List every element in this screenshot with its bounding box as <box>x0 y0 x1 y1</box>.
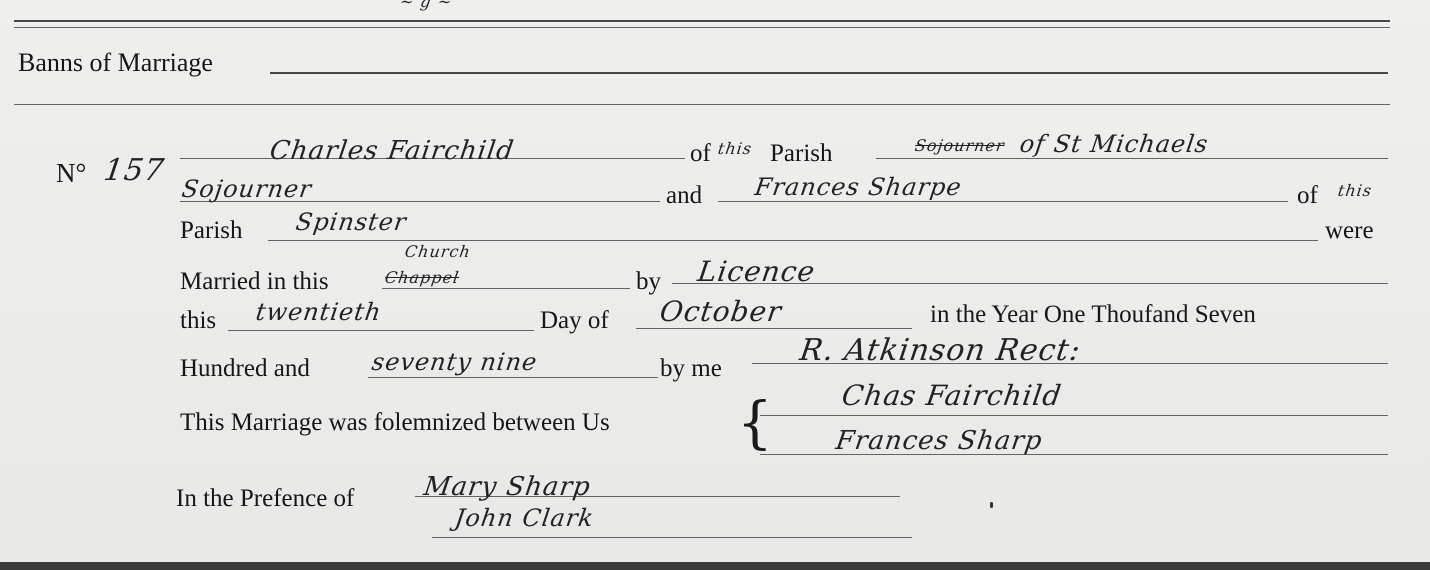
groom-name: Charles Fairchild <box>268 138 516 164</box>
top-remnant-handwriting: ~ g ~ <box>399 0 453 10</box>
printed-and: and <box>666 183 702 208</box>
top-rule-2 <box>14 27 1390 28</box>
register-page: ~ g ~ Banns of Marriage N° 157 Charles F… <box>0 0 1430 570</box>
printed-were: were <box>1325 218 1374 243</box>
by-method-rule <box>672 283 1388 284</box>
groom-name-rule <box>180 158 685 159</box>
signature-groom-rule <box>760 415 1388 416</box>
printed-parish: Parish <box>770 141 833 166</box>
witness-1-rule <box>415 496 900 497</box>
signature-groom: Chas Fairchild <box>840 382 1063 410</box>
signature-bride: Frances Sharp <box>834 428 1044 454</box>
banns-label: Banns of Marriage <box>18 50 213 76</box>
day: twentieth <box>254 300 383 324</box>
place-struck: Chappel <box>384 270 460 286</box>
printed-hundred-and: Hundred and <box>180 356 310 381</box>
witness-2: John Clark <box>453 506 595 530</box>
signature-bride-rule <box>760 454 1388 455</box>
entry-number-label: N° <box>56 160 86 187</box>
groom-occupation: Sojourner <box>180 177 313 201</box>
day-rule <box>228 330 534 331</box>
officiant: R. Atkinson Rect: <box>798 336 1083 366</box>
bride-of-this: this <box>1337 183 1373 199</box>
place-rule <box>382 288 630 289</box>
year-rule <box>368 377 658 378</box>
month-rule <box>636 328 912 329</box>
printed-in-the-year: in the Year One Thoufand Seven <box>930 302 1256 327</box>
brace: { <box>737 396 773 452</box>
groom-of-this: this <box>717 141 753 157</box>
by-method: Licence <box>696 258 817 286</box>
printed-solemnized: This Marriage was folemnized between Us <box>180 410 610 435</box>
bride-status-rule <box>268 240 1318 241</box>
printed-of-2: of <box>1297 183 1318 208</box>
groom-occupation-rule <box>180 201 660 202</box>
place-church: Church <box>404 244 472 260</box>
groom-occupation-struck: Sojourner <box>914 138 1006 154</box>
top-rule-1 <box>14 20 1390 22</box>
number-label: N° <box>56 158 86 188</box>
year: seventy nine <box>370 350 539 374</box>
printed-day-of: Day of <box>540 308 609 333</box>
printed-by: by <box>636 269 661 294</box>
groom-parish: of St Michaels <box>1018 132 1210 156</box>
officiant-rule <box>752 363 1388 364</box>
printed-parish-2: Parish <box>180 218 243 243</box>
bride-name-rule <box>718 201 1288 202</box>
ink-mark <box>990 502 993 508</box>
printed-married-in-this: Married in this <box>180 269 329 294</box>
witness-2-rule <box>432 537 912 538</box>
bride-name: Frances Sharpe <box>753 175 963 199</box>
month: October <box>658 298 784 326</box>
banns-under-rule <box>14 104 1390 105</box>
printed-presence: In the Prefence of <box>176 486 354 511</box>
page-bottom-edge <box>0 562 1430 570</box>
banns-rule <box>270 72 1388 74</box>
bride-status: Spinster <box>294 210 408 234</box>
printed-this: this <box>180 308 216 333</box>
printed-of: of <box>690 141 711 166</box>
groom-parish-rule <box>876 158 1388 159</box>
entry-number: 157 <box>102 156 166 186</box>
printed-by-me: by me <box>660 356 722 381</box>
